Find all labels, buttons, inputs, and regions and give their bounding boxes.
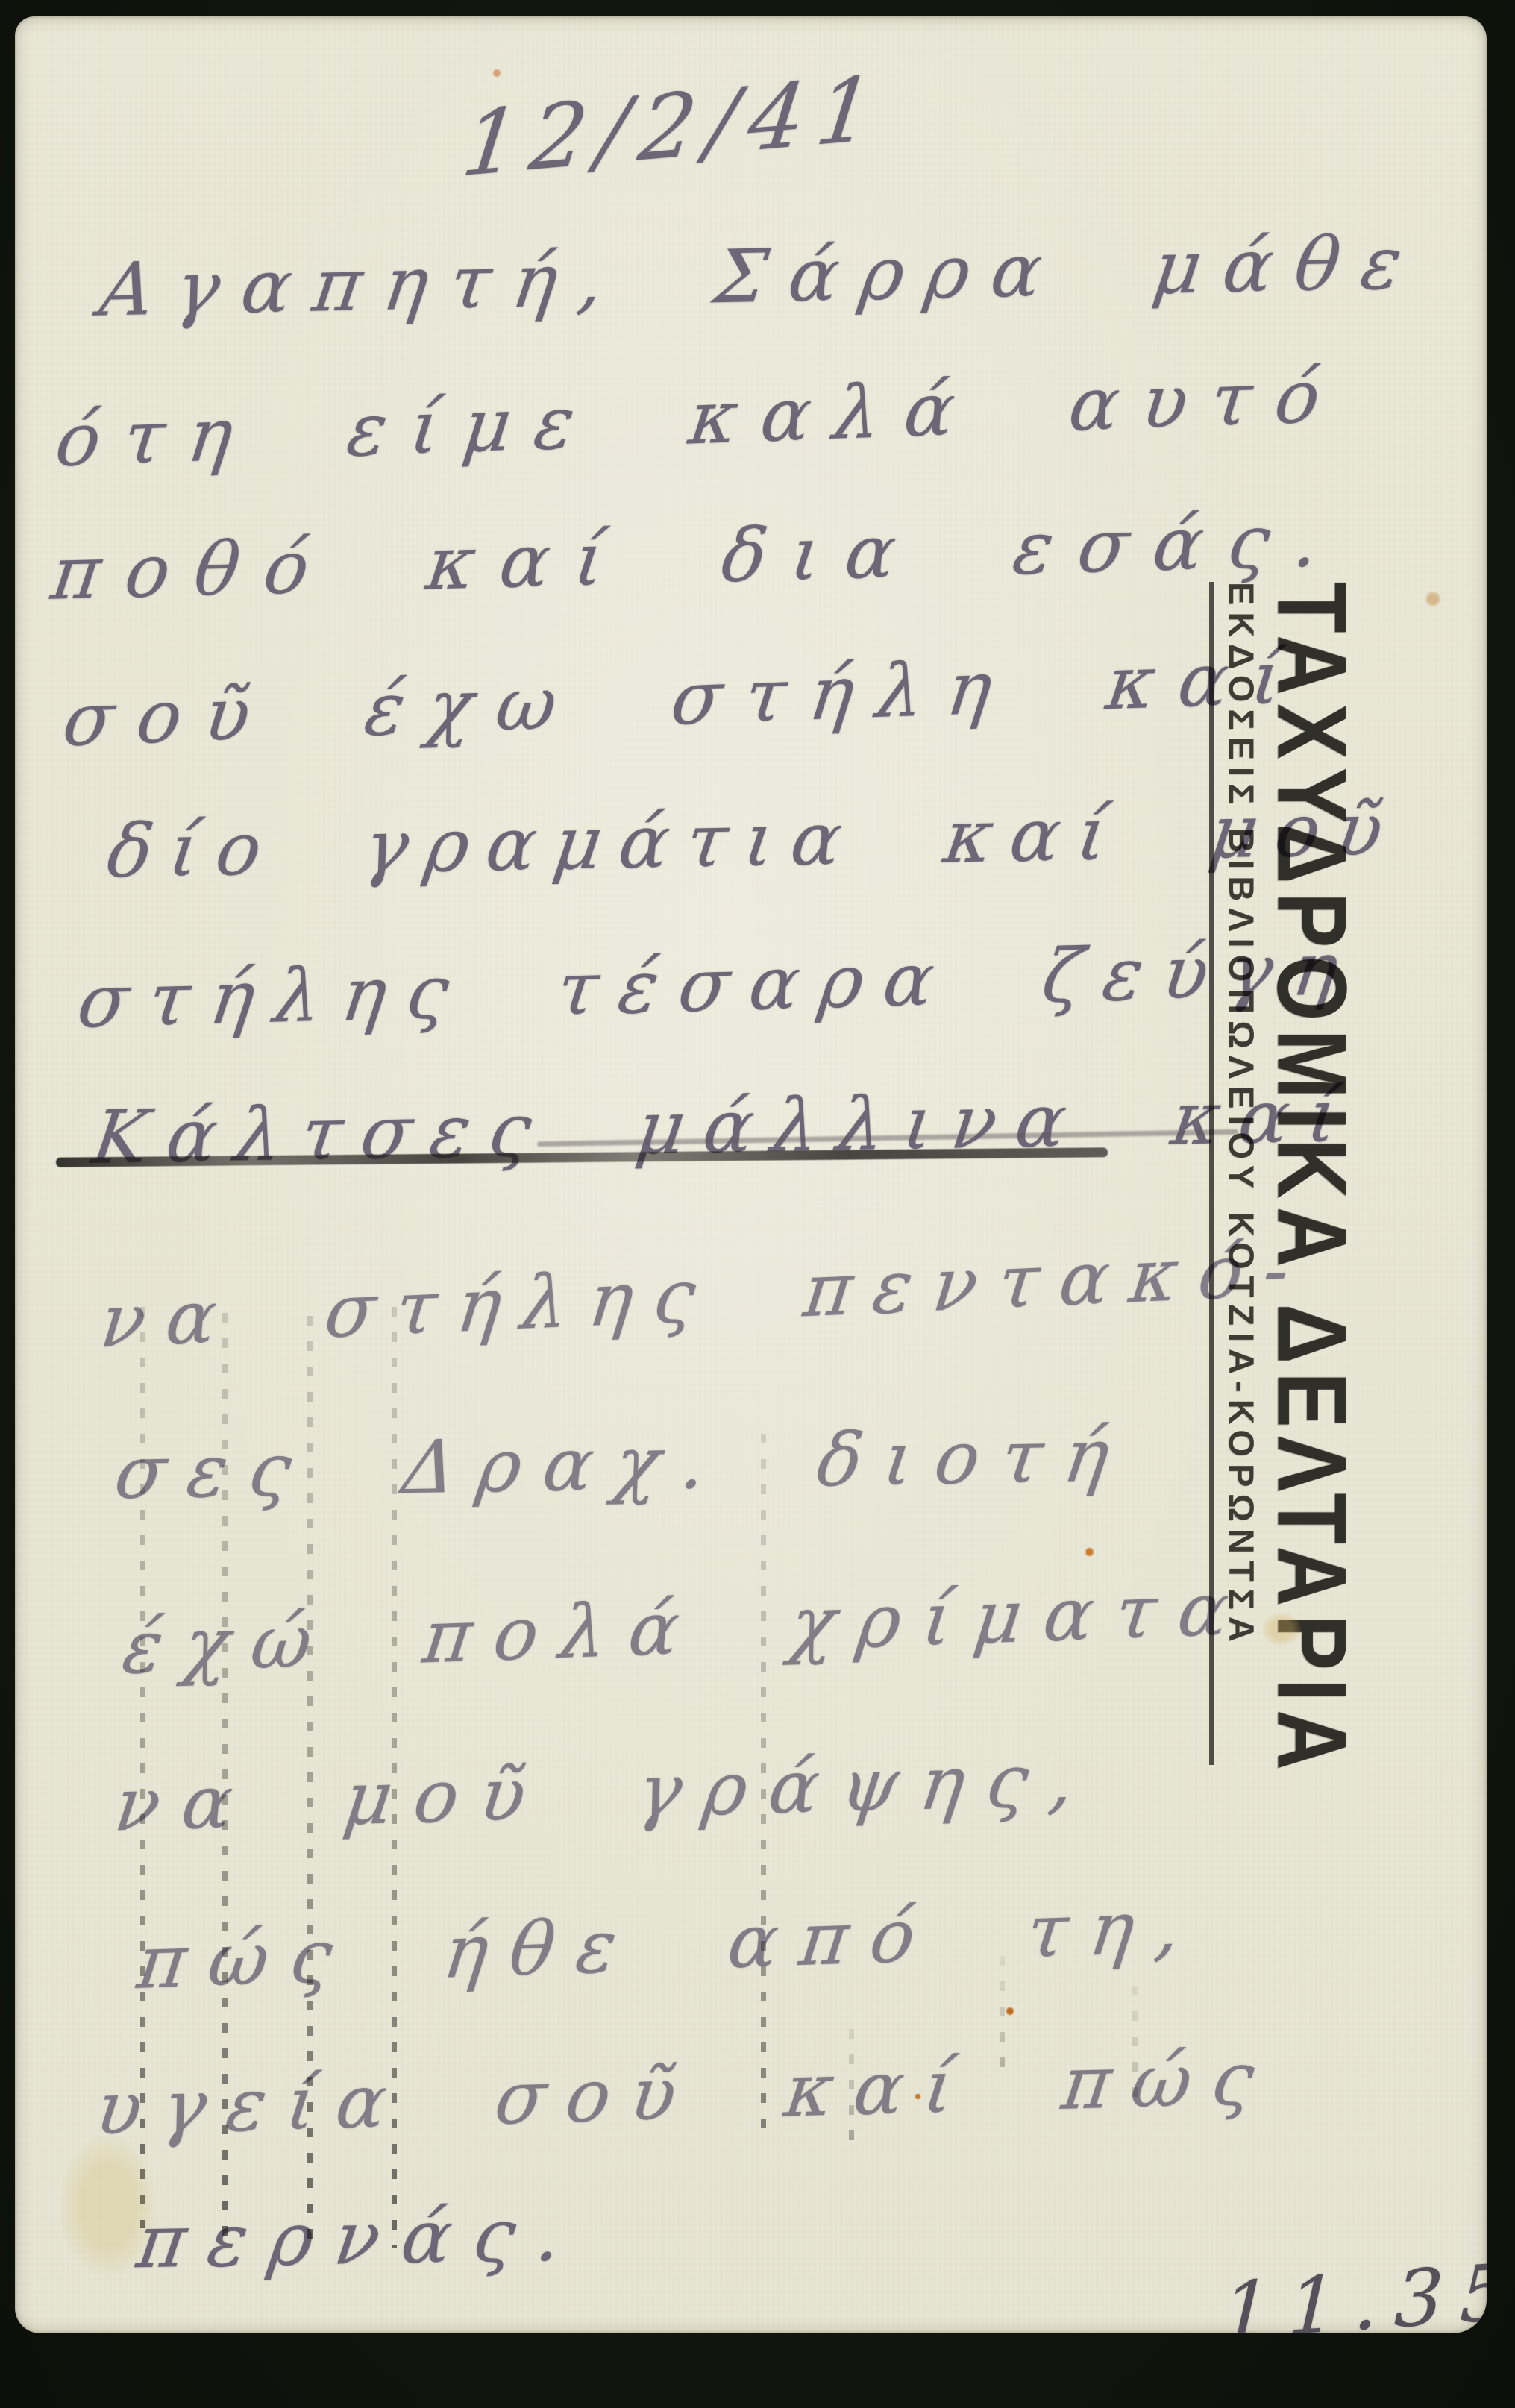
- dotted-line: [1000, 1956, 1005, 2068]
- letter-line: να στήλης πεντακό-: [96, 1226, 1314, 1364]
- stamp-text-small: ΕΚΔΟΣΕΙΣ ΒΙΒΛΙΟΠΩΛΕΙΟΥ ΚΟΤΖΙΑ-ΚΟΡΩΝΤΣΑ: [1209, 582, 1262, 1765]
- letter-line: ότη είμε καλά αυτό: [51, 354, 1348, 484]
- letter-line: να μοῦ γράψης,: [110, 1737, 1102, 1849]
- handwritten-date: 12/2/41: [457, 55, 891, 196]
- letter-line: πώς ήθε από τη,: [133, 1884, 1207, 2006]
- letter-line: ποθό καί δια εσάς.: [47, 498, 1349, 617]
- dotted-line: [849, 2029, 854, 2152]
- letter-line: υγεία σοῦ καί πώς: [92, 2036, 1280, 2152]
- postcard: 12/2/41 Αγαπητή, Σάρρα μάθε ότη είμε καλ…: [15, 16, 1487, 2333]
- bookseller-rubber-stamp: ΤΑΧΥΔΡΟΜΙΚΑ ΔΕΛΤΑΡΙΑ ΕΚΔΟΣΕΙΣ ΒΙΒΛΙΟΠΩΛΕ…: [1209, 582, 1369, 1769]
- foxing-stain: [1085, 1547, 1094, 1557]
- letter-line: σες Δραχ. διοτή: [110, 1413, 1137, 1516]
- letter-line: στήλης τέσαρα ζεύγη: [73, 926, 1364, 1044]
- stamp-text-large: ΤΑΧΥΔΡΟΜΙΚΑ ΔΕΛΤΑΡΙΑ: [1255, 582, 1369, 1769]
- dotted-line: [222, 1313, 228, 2238]
- letter-line: έχώ πολά χρίματα: [118, 1566, 1255, 1690]
- foxing-stain: [492, 69, 501, 78]
- letter-line: περνάς.: [132, 2192, 589, 2286]
- foxing-stain: [1425, 591, 1441, 607]
- dotted-line: [392, 1307, 397, 2248]
- foxing-stain: [60, 2135, 157, 2277]
- foxing-stain: [1262, 1613, 1301, 1646]
- dotted-line: [140, 1307, 145, 2228]
- foxing-stain: [1006, 2007, 1014, 2016]
- scan-background: 12/2/41 Αγαπητή, Σάρρα μάθε ότη είμε καλ…: [0, 0, 1515, 2408]
- foxing-stain: [915, 2093, 921, 2100]
- dotted-line: [307, 1316, 313, 2247]
- catalog-number: 11.35: [1220, 2245, 1487, 2333]
- letter-line: σοῦ έχω στήλη καί: [58, 635, 1309, 764]
- dotted-line: [1132, 1986, 1138, 2113]
- dotted-line: [761, 1434, 766, 2142]
- letter-line: Αγαπητή, Σάρρα μάθε: [95, 220, 1429, 333]
